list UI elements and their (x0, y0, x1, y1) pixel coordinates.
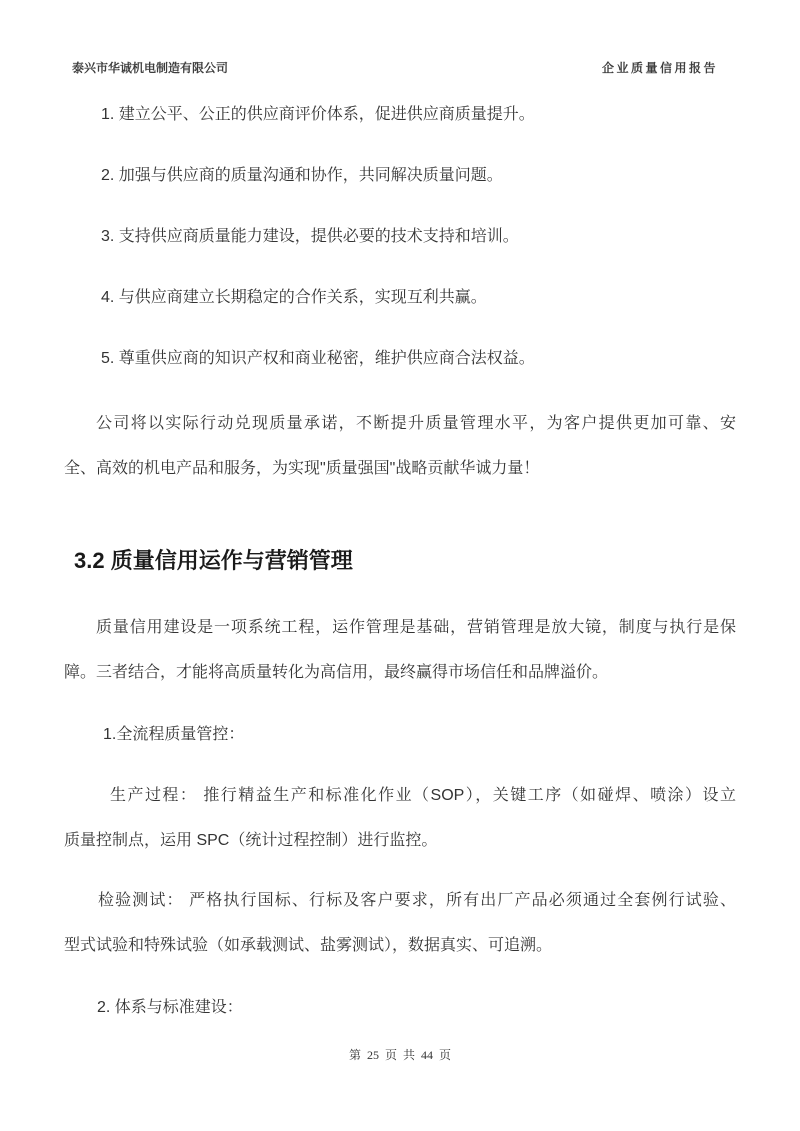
section-3-2-heading: 3.2 质量信用运作与营销管理 (64, 545, 736, 577)
supplier-commitment-item-1: 1. 建立公平、公正的供应商评价体系，促进供应商质量提升。 (64, 92, 736, 137)
inspection-testing-paragraph: 检验测试： 严格执行国标、行标及客户要求，所有出厂产品必须通过全套例行试验、 型… (64, 878, 736, 968)
paragraph-line: 公司将以实际行动兑现质量承诺，不断提升质量管理水平，为客户提供更加可靠、安 (64, 401, 736, 446)
paragraph-line: 质量控制点，运用 SPC（统计过程控制）进行监控。 (64, 818, 736, 863)
paragraph-line: 型式试验和特殊试验（如承载测试、盐雾测试），数据真实、可追溯。 (64, 923, 736, 968)
supplier-commitment-item-4: 4. 与供应商建立长期稳定的合作关系，实现互利共赢。 (64, 275, 736, 320)
paragraph-line: 质量信用建设是一项系统工程，运作管理是基础，营销管理是放大镜，制度与执行是保 (64, 605, 736, 650)
paragraph-line: 检验测试： 严格执行国标、行标及客户要求，所有出厂产品必须通过全套例行试验、 (64, 878, 736, 923)
production-process-paragraph: 生产过程： 推行精益生产和标准化作业（SOP），关键工序（如碰焊、喷涂）设立 质… (64, 773, 736, 863)
supplier-commitment-item-5: 5. 尊重供应商的知识产权和商业秘密，维护供应商合法权益。 (64, 336, 736, 381)
supplier-commitment-item-2: 2. 加强与供应商的质量沟通和协作，共同解决质量问题。 (64, 153, 736, 198)
document-page: 泰兴市华诚机电制造有限公司 企业质量信用报告 1. 建立公平、公正的供应商评价体… (0, 0, 800, 1131)
paragraph-line: 全、高效的机电产品和服务，为实现"质量强国"战略贡献华诚力量！ (64, 446, 736, 491)
paragraph-line: 生产过程： 推行精益生产和标准化作业（SOP），关键工序（如碰焊、喷涂）设立 (64, 773, 736, 818)
page-header: 泰兴市华诚机电制造有限公司 企业质量信用报告 (0, 0, 800, 75)
page-body: 1. 建立公平、公正的供应商评价体系，促进供应商质量提升。 2. 加强与供应商的… (0, 75, 800, 1030)
header-doc-title: 企业质量信用报告 (602, 61, 718, 75)
page-number-text: 第 25 页 共 44 页 (349, 1048, 451, 1062)
section-intro-paragraph: 质量信用建设是一项系统工程，运作管理是基础，营销管理是放大镜，制度与执行是保 障… (64, 605, 736, 695)
quality-promise-paragraph: 公司将以实际行动兑现质量承诺，不断提升质量管理水平，为客户提供更加可靠、安 全、… (64, 401, 736, 491)
point-1-label: 1.全流程质量管控： (64, 712, 736, 757)
supplier-commitment-item-3: 3. 支持供应商质量能力建设，提供必要的技术支持和培训。 (64, 214, 736, 259)
header-company-name: 泰兴市华诚机电制造有限公司 (72, 61, 228, 75)
point-2-label: 2. 体系与标准建设： (64, 985, 736, 1030)
paragraph-line: 障。三者结合，才能将高质量转化为高信用，最终赢得市场信任和品牌溢价。 (64, 650, 736, 695)
page-footer: 第 25 页 共 44 页 (0, 1047, 800, 1063)
